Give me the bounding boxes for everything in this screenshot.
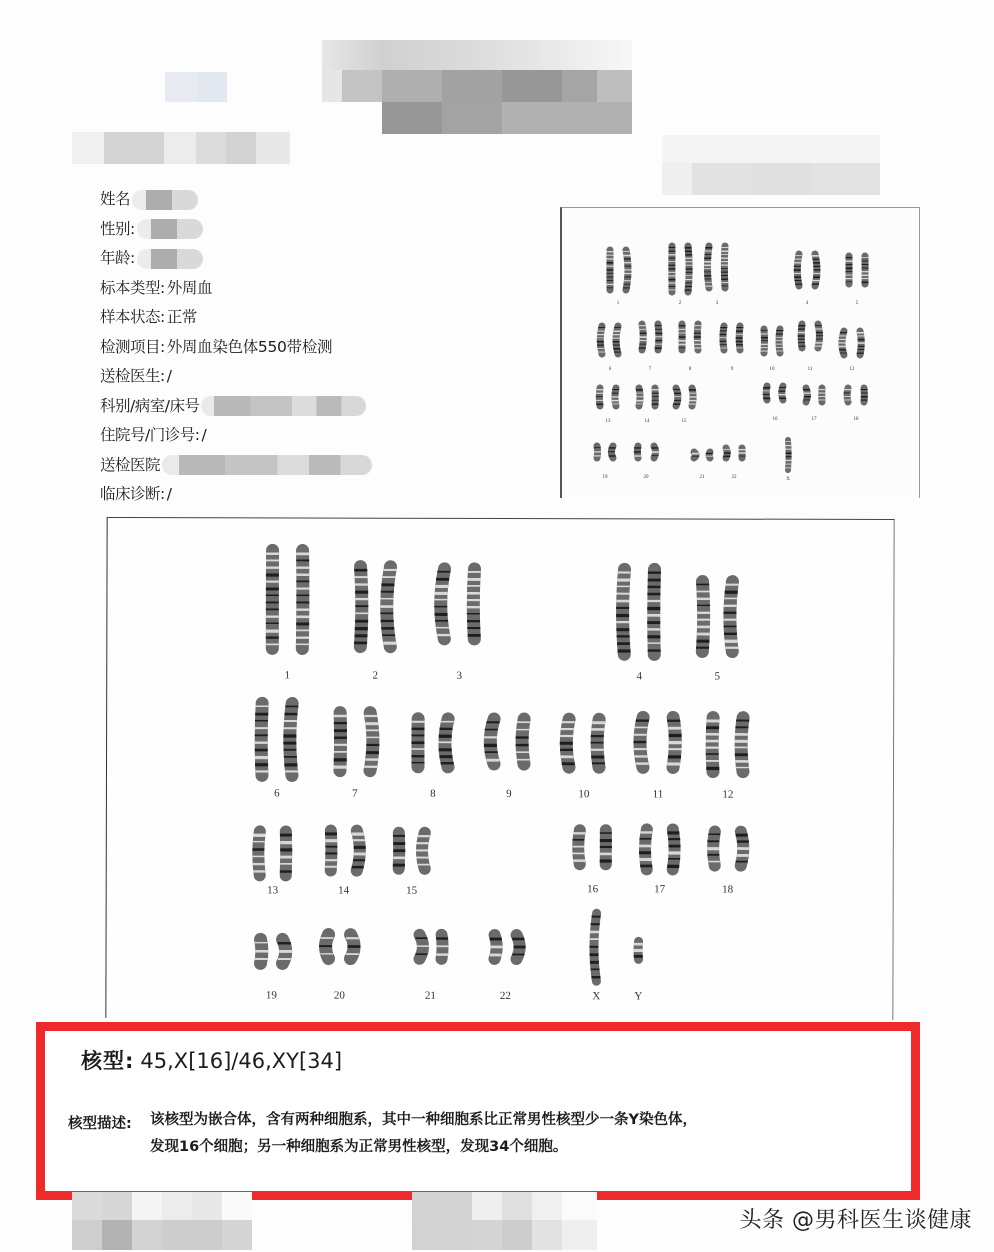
chromosome-label: 10 bbox=[578, 788, 590, 800]
chromosome-label: 2 bbox=[679, 301, 682, 306]
chromosome-pair-5: 5 bbox=[696, 582, 739, 683]
chromosome-label: 13 bbox=[267, 884, 279, 896]
chromosome-label: 9 bbox=[731, 367, 734, 372]
info-row: 送检医生:/ bbox=[100, 362, 372, 392]
chromosome-pair-16: 16 bbox=[572, 830, 612, 895]
info-label: 姓名 bbox=[100, 185, 130, 215]
chromosome-label: 9 bbox=[506, 788, 512, 800]
chromosome-label: X bbox=[592, 990, 600, 1002]
redacted-header-right bbox=[662, 135, 880, 195]
chromosome-pair-20: 20 bbox=[319, 935, 361, 1002]
chromosome-label: 14 bbox=[645, 419, 651, 424]
chromosome-label: 16 bbox=[587, 883, 599, 895]
chromosome-label: 11 bbox=[808, 367, 813, 372]
info-label: 标本类型: bbox=[100, 274, 165, 304]
chromosome-pair-X: X bbox=[785, 440, 791, 482]
chromosome-label: 7 bbox=[352, 788, 358, 800]
redacted-value bbox=[137, 219, 203, 239]
redacted-value bbox=[132, 190, 198, 210]
chromosome-pair-2: 2 bbox=[354, 567, 396, 682]
chromosome-label: 20 bbox=[334, 990, 346, 1002]
info-label: 性别: bbox=[100, 215, 135, 245]
info-label: 样本状态: bbox=[100, 303, 165, 333]
info-row: 样本状态:正常 bbox=[100, 303, 372, 333]
info-label: 送检医生: bbox=[100, 362, 165, 392]
info-row: 送检医院 bbox=[100, 451, 372, 481]
karyogram-large: 12345678910111213141516171819202122XY bbox=[105, 517, 894, 1020]
karyotype-result-box: 核型:45,X[16]/46,XY[34] 核型描述: 该核型为嵌合体，含有两种… bbox=[36, 1022, 920, 1200]
chromosome-label: 13 bbox=[606, 419, 612, 424]
chromosome-pair-15: 15 bbox=[673, 388, 696, 424]
chromosome-label: 1 bbox=[284, 669, 290, 681]
chromosome-pair-11: 11 bbox=[798, 324, 823, 372]
chromosome-pair-4: 4 bbox=[616, 569, 661, 682]
info-row: 性别: bbox=[100, 215, 372, 245]
info-label: 住院号/门诊号: bbox=[100, 421, 199, 451]
karyotype-value: 45,X[16]/46,XY[34] bbox=[140, 1049, 342, 1073]
chromosome-label: 7 bbox=[649, 367, 652, 372]
chromosome-pair-9: 9 bbox=[484, 719, 530, 800]
chromosome-pair-13: 13 bbox=[252, 831, 292, 896]
chromosome-pair-9: 9 bbox=[719, 326, 743, 372]
chromosome-pair-3: 3 bbox=[704, 246, 728, 306]
chromosome-label: 6 bbox=[274, 787, 280, 799]
chromosome-pair-7: 7 bbox=[639, 324, 663, 372]
chromosome-pair-11: 11 bbox=[633, 717, 682, 800]
chromosome-label: 15 bbox=[406, 885, 418, 897]
chromosome-pair-3: 3 bbox=[434, 569, 481, 682]
chromosome-pair-21: 21 bbox=[415, 935, 448, 1002]
chromosome-label: 12 bbox=[850, 367, 856, 372]
chromosome-pair-10: 10 bbox=[560, 719, 605, 800]
chromosome-label: 5 bbox=[714, 671, 720, 683]
chromosome-label: 14 bbox=[338, 885, 350, 897]
chromosome-pair-8: 8 bbox=[411, 719, 454, 800]
karyotype-label: 核型: bbox=[81, 1049, 134, 1073]
chromosome-pair-22: 22 bbox=[723, 448, 745, 480]
chromosome-label: 17 bbox=[812, 417, 818, 422]
chromosome-label: 20 bbox=[644, 475, 650, 480]
chromosome-label: 4 bbox=[636, 670, 642, 682]
chromosome-label: 11 bbox=[653, 788, 664, 800]
chromosome-pair-22: 22 bbox=[490, 935, 526, 1002]
description-label: 核型描述: bbox=[68, 1111, 150, 1138]
chromosome-pair-19: 19 bbox=[594, 446, 616, 480]
chromosome-label: X bbox=[786, 477, 790, 482]
chromosome-pair-6: 6 bbox=[597, 326, 621, 372]
chromosome-pair-1: 1 bbox=[606, 250, 631, 306]
redacted-value bbox=[137, 249, 203, 269]
chromosome-label: 1 bbox=[617, 301, 620, 306]
chromosome-label: 16 bbox=[773, 417, 779, 422]
chromosome-pair-5: 5 bbox=[846, 256, 869, 306]
chromosome-label: 17 bbox=[654, 883, 666, 895]
chromosome-pair-12: 12 bbox=[706, 718, 750, 801]
info-label: 送检医院 bbox=[100, 451, 160, 481]
redacted-footer-center bbox=[412, 1192, 597, 1250]
karyotype-result: 核型:45,X[16]/46,XY[34] bbox=[81, 1045, 342, 1075]
chromosome-pair-14: 14 bbox=[636, 388, 659, 424]
info-value: 正常 bbox=[167, 303, 197, 333]
chromosome-label: 21 bbox=[700, 475, 706, 480]
redacted-footer-left bbox=[72, 1192, 262, 1250]
chromosome-label: 18 bbox=[722, 884, 734, 896]
chromosome-pair-1: 1 bbox=[266, 550, 310, 681]
chromosome-label: 3 bbox=[716, 301, 719, 306]
chromosome-pair-14: 14 bbox=[325, 831, 366, 897]
info-value: / bbox=[201, 421, 206, 451]
chromosome-pair-6: 6 bbox=[255, 703, 299, 799]
chromosome-pair-16: 16 bbox=[763, 386, 786, 422]
info-value: 外周血 bbox=[167, 274, 213, 304]
chromosome-label: 5 bbox=[856, 301, 859, 306]
info-label: 科别/病室/床号 bbox=[100, 392, 199, 422]
chromosome-label: Y bbox=[634, 990, 642, 1002]
info-row: 标本类型:外周血 bbox=[100, 274, 372, 304]
info-value: 外周血染色体550带检测 bbox=[167, 333, 333, 363]
chromosome-pair-12: 12 bbox=[838, 331, 864, 372]
chromosome-label: 15 bbox=[682, 419, 688, 424]
chromosome-label: 21 bbox=[425, 990, 436, 1002]
chromosome-pair-15: 15 bbox=[393, 833, 430, 897]
info-row: 检测项目:外周血染色体550带检测 bbox=[100, 333, 372, 363]
chromosome-label: 6 bbox=[609, 367, 612, 372]
chromosome-pair-2: 2 bbox=[668, 246, 692, 306]
description-line-1: 该核型为嵌合体，含有两种细胞系，其中一种细胞系比正常男性核型少一条Y染色体， bbox=[150, 1107, 850, 1134]
chromosome-label: 2 bbox=[372, 670, 378, 682]
chromosome-pair-21: 21 bbox=[692, 452, 713, 480]
info-row: 科别/病室/床号 bbox=[100, 392, 372, 422]
chromosome-pair-4: 4 bbox=[794, 254, 821, 306]
chromosome-label: 12 bbox=[722, 789, 733, 801]
chromosome-pair-13: 13 bbox=[596, 388, 619, 424]
chromosome-pair-18: 18 bbox=[707, 832, 749, 896]
info-row: 住院号/门诊号:/ bbox=[100, 421, 372, 451]
chromosome-label: 18 bbox=[854, 417, 860, 422]
chromosome-pair-18: 18 bbox=[844, 388, 868, 422]
chromosome-pair-17: 17 bbox=[803, 388, 825, 422]
chromosome-label: 19 bbox=[603, 475, 609, 480]
chromosome-label: 10 bbox=[770, 367, 776, 372]
chromosome-label: 22 bbox=[732, 475, 738, 480]
info-row: 姓名 bbox=[100, 185, 372, 215]
chromosome-pair-17: 17 bbox=[639, 829, 681, 895]
karyogram-small: 12345678910111213141516171819202122X bbox=[560, 207, 920, 498]
redacted-title bbox=[322, 40, 632, 134]
chromosome-label: 3 bbox=[456, 670, 462, 682]
chromosome-label: 8 bbox=[430, 788, 436, 800]
redacted-header-left bbox=[72, 132, 292, 164]
info-row: 年龄: bbox=[100, 244, 372, 274]
chromosome-pair-Y: Y bbox=[633, 941, 642, 1002]
chromosome-pair-7: 7 bbox=[334, 713, 380, 800]
chromosome-label: 22 bbox=[500, 990, 511, 1002]
chromosome-pair-10: 10 bbox=[761, 329, 784, 372]
info-label: 年龄: bbox=[100, 244, 135, 274]
redacted-header-left-top bbox=[165, 72, 227, 102]
chromosome-label: 19 bbox=[266, 989, 278, 1001]
redacted-value bbox=[201, 396, 366, 416]
chromosome-label: 8 bbox=[689, 367, 692, 372]
watermark: 头条 @男科医生谈健康 bbox=[740, 1203, 973, 1234]
chromosome-pair-X: X bbox=[589, 913, 600, 1002]
redacted-value bbox=[162, 455, 372, 475]
description-line-2: 发现16个细胞；另一种细胞系为正常男性核型，发现34个细胞。 bbox=[150, 1134, 850, 1161]
chromosome-pair-20: 20 bbox=[634, 446, 659, 480]
info-label: 检测项目: bbox=[100, 333, 165, 363]
chromosome-pair-19: 19 bbox=[255, 939, 293, 1001]
patient-info: 姓名性别:年龄:标本类型:外周血样本状态:正常检测项目:外周血染色体550带检测… bbox=[100, 185, 372, 510]
info-value: / bbox=[167, 362, 172, 392]
chromosome-label: 4 bbox=[806, 301, 809, 306]
info-label: 临床诊断: bbox=[100, 480, 165, 510]
chromosome-pair-8: 8 bbox=[679, 324, 702, 372]
info-row: 临床诊断:/ bbox=[100, 480, 372, 510]
info-value: / bbox=[167, 480, 172, 510]
